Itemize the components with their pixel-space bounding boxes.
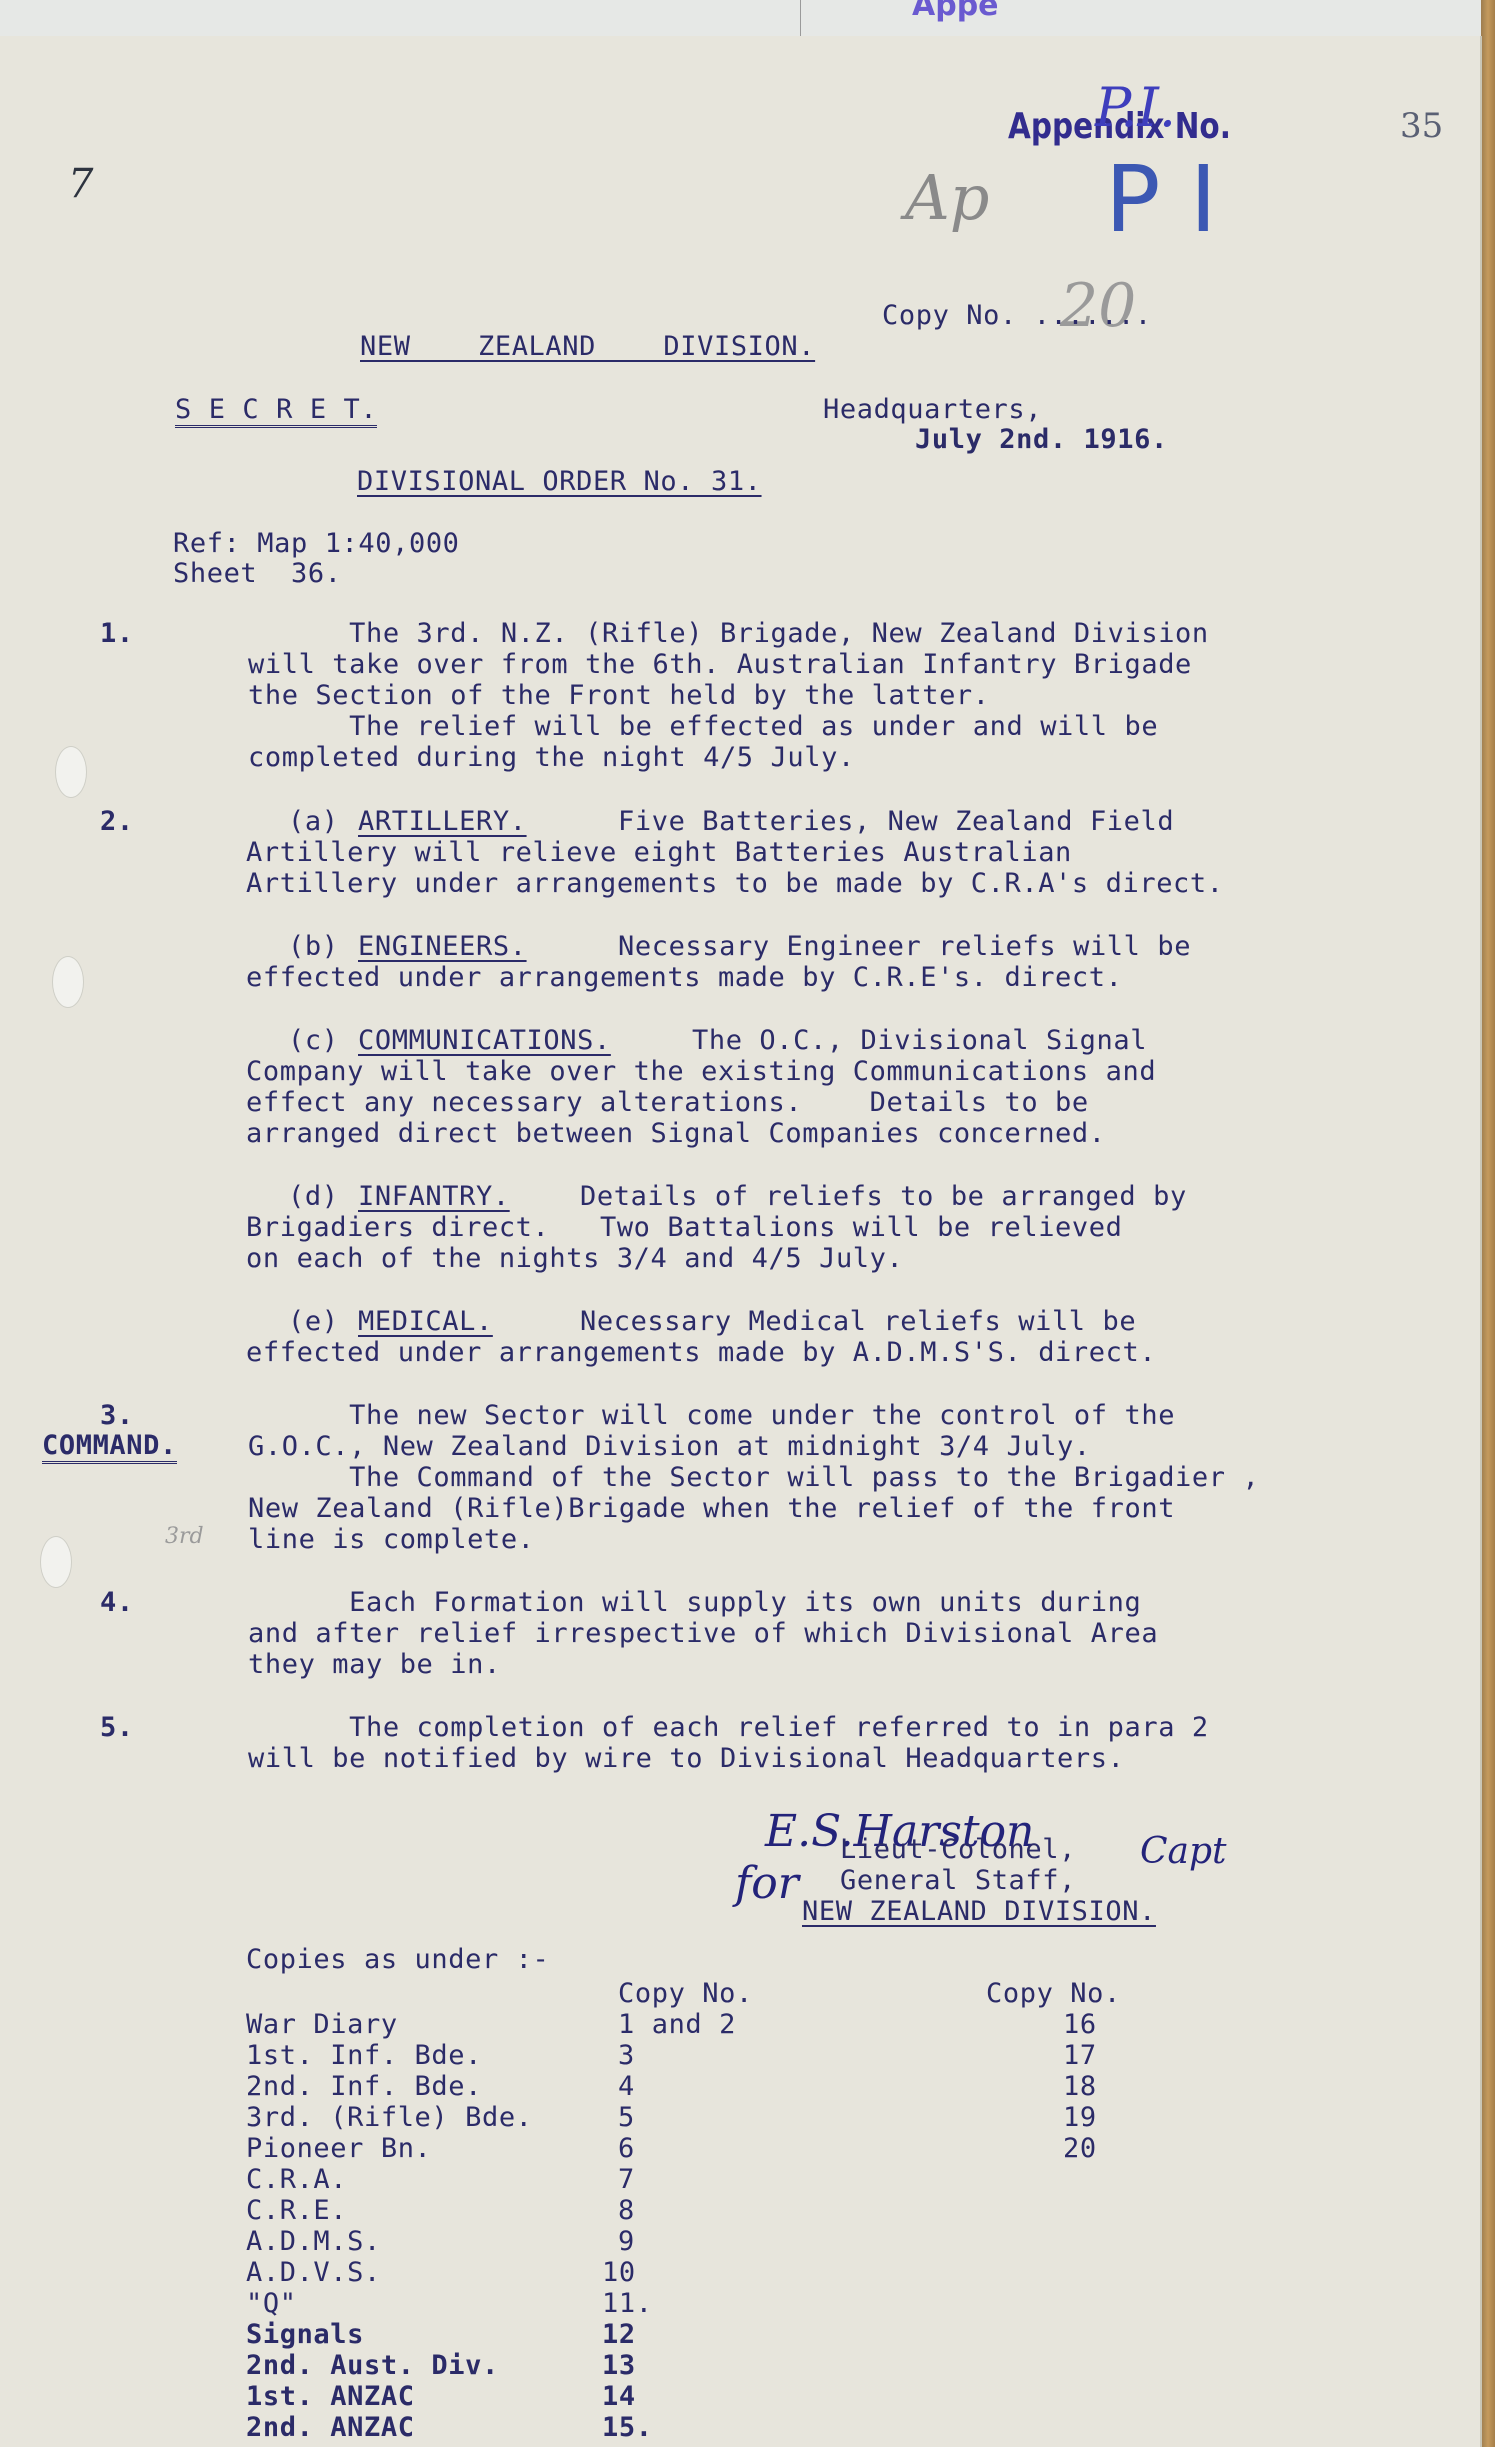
distribution-copy-number: 10: [602, 2257, 636, 2288]
subsection-line: Brigadiers direct. Two Battalions will b…: [246, 1212, 1122, 1243]
paragraph-number: 5.: [100, 1712, 134, 1743]
distribution-copy-number: 8: [618, 2195, 635, 2226]
para3-line: The new Sector will come under the contr…: [248, 1400, 1175, 1431]
para4-line: and after relief irrespective of which D…: [248, 1618, 1158, 1649]
distribution-recipient: 1st. ANZAC: [246, 2381, 415, 2412]
punch-hole: [40, 1536, 72, 1588]
distribution-copy-number: 9: [618, 2226, 635, 2257]
distribution-recipient: "Q": [246, 2288, 297, 2319]
subsection-line: Details of reliefs to be arranged by: [580, 1181, 1187, 1212]
appendix-handwritten: P.I.: [1095, 76, 1176, 139]
back-sheet-line: [800, 0, 801, 40]
distribution-recipient: 2nd. Aust. Div.: [246, 2350, 499, 2381]
signature-for-handwritten: for: [735, 1858, 799, 1909]
subsection-line: Artillery under arrangements to be made …: [246, 868, 1224, 899]
copy-no-header-1: Copy No.: [618, 1978, 753, 2009]
order-title: DIVISIONAL ORDER No. 31.: [357, 466, 762, 497]
distribution-copy-number: 12: [602, 2319, 636, 2350]
para1-line: the Section of the Front held by the lat…: [248, 680, 990, 711]
para1-line: completed during the night 4/5 July.: [248, 742, 855, 773]
back-sheet-stamp: Appe: [912, 0, 999, 23]
distribution-copy-number: 13: [602, 2350, 636, 2381]
subsection-line: arranged direct between Signal Companies…: [246, 1118, 1106, 1149]
distribution-recipient: A.D.M.S.: [246, 2226, 381, 2257]
subsection-line: effect any necessary alterations. Detail…: [246, 1087, 1089, 1118]
distribution-recipient: Pioneer Bn.: [246, 2133, 431, 2164]
headquarters-location: Headquarters,: [823, 394, 1042, 425]
distribution-recipient: War Diary: [246, 2009, 398, 2040]
signatory-rank: Lieut-Colonel,: [840, 1834, 1076, 1865]
document-page: Appendix No. P.I. 35 Ap P I 20 7 3rd Cop…: [0, 36, 1482, 2447]
copy-no-header-2: Copy No.: [986, 1978, 1121, 2009]
para1-line: The relief will be effected as under and…: [248, 711, 1158, 742]
signatory-division: NEW ZEALAND DIVISION.: [802, 1896, 1156, 1927]
distribution-copy-number: 3: [618, 2040, 635, 2071]
distribution-recipient: A.D.V.S.: [246, 2257, 381, 2288]
folder-edge: [1481, 0, 1495, 2447]
handwritten-ap: Ap: [905, 161, 989, 234]
distribution-copy-number: 5: [618, 2102, 635, 2133]
paragraph-number: 2.: [100, 806, 134, 837]
subsection-letter: (a): [288, 806, 339, 837]
paragraph-number: 3.: [100, 1400, 134, 1431]
subsection-line: Company will take over the existing Comm…: [246, 1056, 1156, 1087]
handwritten-p1: P I: [1105, 146, 1217, 253]
subsection-heading-artillery: ARTILLERY.: [358, 806, 527, 837]
subsection-letter: (d): [288, 1181, 339, 1212]
subsection-line: effected under arrangements made by A.D.…: [246, 1337, 1156, 1368]
para1-line: will take over from the 6th. Australian …: [248, 649, 1192, 680]
distribution-copy-number: 6: [618, 2133, 635, 2164]
para4-line: they may be in.: [248, 1649, 501, 1680]
distribution-recipient: C.R.A.: [246, 2164, 347, 2195]
division-title: NEW ZEALAND DIVISION.: [360, 331, 815, 362]
subsection-line: Five Batteries, New Zealand Field: [618, 806, 1174, 837]
para3-line: New Zealand (Rifle)Brigade when the reli…: [248, 1493, 1175, 1524]
distribution-recipient: 1st. Inf. Bde.: [246, 2040, 482, 2071]
subsection-letter: (c): [288, 1025, 339, 1056]
para1-line: The 3rd. N.Z. (Rifle) Brigade, New Zeala…: [248, 618, 1209, 649]
distribution-copy-number: 1 and 2: [618, 2009, 736, 2040]
subsection-heading-medical: MEDICAL.: [358, 1306, 493, 1337]
distribution-copy-number: 7: [618, 2164, 635, 2195]
punch-hole: [52, 956, 84, 1008]
para5-line: will be notified by wire to Divisional H…: [248, 1743, 1124, 1774]
margin-mark: 7: [68, 161, 93, 207]
subsection-letter: (b): [288, 931, 339, 962]
distribution-copy-number-col2: 20: [1063, 2133, 1097, 2164]
distribution-recipient: C.R.E.: [246, 2195, 347, 2226]
subsection-line: Necessary Medical reliefs will be: [580, 1306, 1136, 1337]
para4-line: Each Formation will supply its own units…: [248, 1587, 1141, 1618]
map-reference: Ref: Map 1:40,000: [173, 528, 460, 559]
paragraph-number: 4.: [100, 1587, 134, 1618]
handwritten-3rd: 3rd: [165, 1524, 204, 1549]
paragraph-number: 1.: [100, 618, 134, 649]
subsection-line: The O.C., Divisional Signal: [692, 1025, 1147, 1056]
distribution-copy-number-col2: 16: [1063, 2009, 1097, 2040]
signatory-staff: General Staff,: [840, 1865, 1076, 1896]
distribution-recipient: Signals: [246, 2319, 364, 2350]
distribution-copy-number-col2: 19: [1063, 2102, 1097, 2133]
distribution-recipient: 2nd. Inf. Bde.: [246, 2071, 482, 2102]
punch-hole: [55, 746, 87, 798]
para3-line: The Command of the Sector will pass to t…: [248, 1462, 1259, 1493]
subsection-heading-engineers: ENGINEERS.: [358, 931, 527, 962]
para3-line: line is complete.: [248, 1524, 535, 1555]
order-date: July 2nd. 1916.: [915, 424, 1168, 455]
subsection-line: effected under arrangements made by C.R.…: [246, 962, 1122, 993]
subsection-heading-communications: COMMUNICATIONS.: [358, 1025, 611, 1056]
signature-rank-handwritten: Capt: [1140, 1831, 1227, 1872]
copy-no-label: Copy No. .......: [882, 300, 1152, 331]
subsection-heading-infantry: INFANTRY.: [358, 1181, 510, 1212]
command-side-heading: COMMAND.: [42, 1430, 177, 1464]
distribution-recipient: 3rd. (Rifle) Bde.: [246, 2102, 533, 2133]
para3-line: G.O.C., New Zealand Division at midnight…: [248, 1431, 1091, 1462]
subsection-line: Necessary Engineer reliefs will be: [618, 931, 1191, 962]
distribution-heading: Copies as under :-: [246, 1944, 549, 1975]
subsection-line: on each of the nights 3/4 and 4/5 July.: [246, 1243, 903, 1274]
distribution-recipient: 2nd. ANZAC: [246, 2412, 415, 2443]
subsection-letter: (e): [288, 1306, 339, 1337]
para5-line: The completion of each relief referred t…: [248, 1712, 1209, 1743]
distribution-copy-number-col2: 18: [1063, 2071, 1097, 2102]
back-sheet: Appe: [0, 0, 1495, 40]
map-sheet: Sheet 36.: [173, 558, 342, 589]
subsection-line: Artillery will relieve eight Batteries A…: [246, 837, 1072, 868]
folio-number: 35: [1400, 106, 1443, 146]
distribution-copy-number: 14: [602, 2381, 636, 2412]
distribution-copy-number: 11.: [602, 2288, 653, 2319]
distribution-copy-number-col2: 17: [1063, 2040, 1097, 2071]
distribution-copy-number: 4: [618, 2071, 635, 2102]
distribution-copy-number: 15.: [602, 2412, 653, 2443]
secret-label: S E C R E T.: [175, 394, 377, 428]
